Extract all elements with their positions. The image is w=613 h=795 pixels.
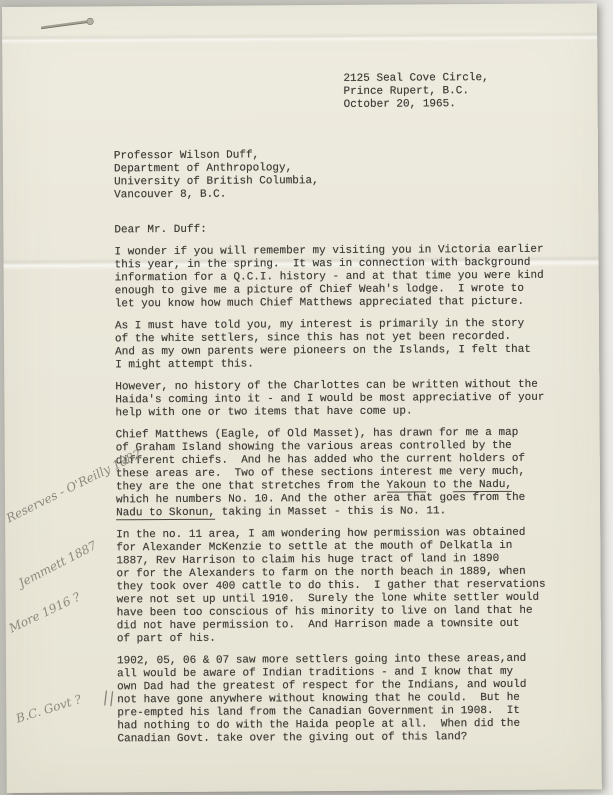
margin-note-more: More 1916 ? <box>7 590 83 636</box>
margin-note-bc-govt: B.C. Govt ? <box>14 692 83 726</box>
text-line: Prince Rupert, B.C. <box>343 85 488 99</box>
paragraph-6: 1902, 05, 06 & 07 saw more settlers goin… <box>117 652 580 746</box>
sender-address: 2125 Seal Cove Circle,Prince Rupert, B.C… <box>343 72 488 112</box>
salutation: Dear Mr. Duff: <box>114 221 576 237</box>
scanned-letter-page: { "letter": { "sender_block": [ "2125 Se… <box>0 0 613 795</box>
text-line: 2125 Seal Cove Circle, <box>343 72 488 86</box>
text-line: let you know how much Chief Matthews app… <box>115 295 577 311</box>
text-line: help with one or two items that have com… <box>115 404 577 420</box>
text-line: Canadian Govt. take over the giving out … <box>117 730 579 746</box>
letter-content: Professor Wilson Duff,Department of Anth… <box>114 147 580 746</box>
letter-paper: 2125 Seal Cove Circle,Prince Rupert, B.C… <box>2 3 602 793</box>
recipient-address: Professor Wilson Duff,Department of Anth… <box>114 147 576 202</box>
text-line: I might attempt this. <box>115 356 577 372</box>
insertion-mark: || <box>102 688 116 707</box>
paragraph-4: Chief Matthews (Eagle, of Old Masset), h… <box>116 426 579 520</box>
paragraph-2: As I must have told you, my interest is … <box>115 317 577 372</box>
paragraph-5: In the no. 11 area, I am wondering how p… <box>116 526 579 646</box>
text-line: Vancouver 8, B.C. <box>114 186 576 202</box>
margin-note-jemmett: Jemmett 1887 <box>16 538 99 590</box>
text-line: of part of his. <box>117 630 579 646</box>
paragraph-1: I wonder if you will remember my visitin… <box>114 243 576 311</box>
text-line: Nadu to Skonun, taking in Masset - this … <box>116 504 578 520</box>
text-line: October 20, 1965. <box>344 98 489 112</box>
paragraph-3: However, no history of the Charlottes ca… <box>115 378 577 420</box>
straight-pin-icon <box>38 16 100 37</box>
